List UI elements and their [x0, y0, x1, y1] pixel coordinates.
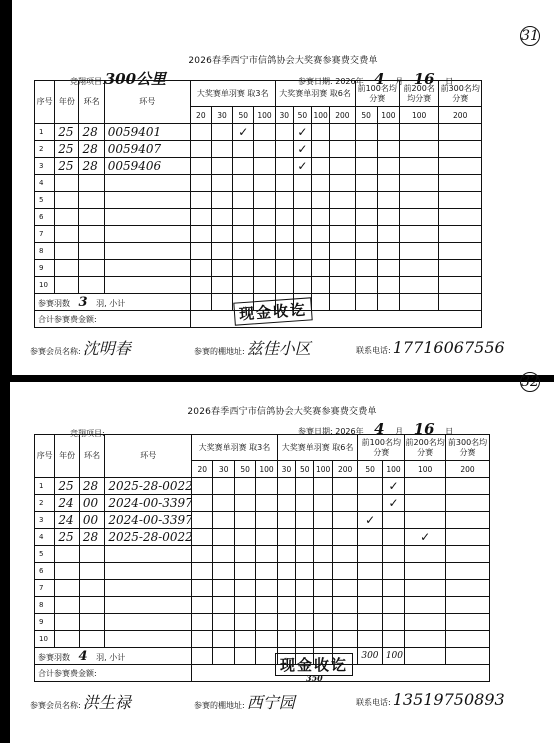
table-row: 6 — [35, 563, 490, 580]
entry-cell — [332, 631, 358, 648]
entry-cell — [314, 597, 332, 614]
form-title: 2026春季西宁市信鸽协会大奖赛参赛费交费单 — [10, 404, 554, 417]
entry-cell — [211, 158, 232, 175]
entry-cell — [355, 226, 377, 243]
entry-cell — [211, 141, 232, 158]
entry-cell — [377, 277, 399, 294]
entry-cell — [332, 495, 358, 512]
entry-cell — [446, 495, 490, 512]
header-group-top300: 前300名均分赛 — [439, 81, 482, 107]
entry-cell — [330, 124, 355, 141]
table-row: 125282025-28-0022975✓ — [35, 478, 490, 495]
entry-cell — [213, 478, 234, 495]
entry-cell — [211, 175, 232, 192]
sub-header: 30 — [277, 461, 295, 478]
ring-number — [105, 631, 192, 648]
sub-header: 20 — [190, 107, 211, 124]
entry-cell — [314, 614, 332, 631]
entry-cell — [296, 631, 314, 648]
member-label: 参赛会员名称: — [30, 347, 81, 356]
entry-cell — [213, 563, 234, 580]
ring-year: 25 — [55, 141, 79, 158]
entry-cell — [332, 546, 358, 563]
ring-number — [104, 260, 190, 277]
entry-cell — [275, 124, 293, 141]
entry-cell — [399, 175, 438, 192]
entry-cell — [330, 158, 355, 175]
fee-table: 序号 年份 环名 环号 大奖赛单羽赛 取3名 大奖赛单羽赛 取6名 前100名均… — [34, 80, 482, 328]
entry-cell — [190, 243, 211, 260]
entry-cell — [358, 478, 382, 495]
ring-region — [79, 243, 104, 260]
ring-region — [79, 563, 105, 580]
entry-cell — [296, 597, 314, 614]
entry-cell — [377, 226, 399, 243]
sub-header: 100 — [314, 461, 332, 478]
header-group-top100: 前100名均分赛 — [358, 435, 405, 461]
entry-cell — [256, 495, 277, 512]
entry-cell — [399, 209, 438, 226]
sub-header: 200 — [439, 107, 482, 124]
row-index: 8 — [35, 597, 55, 614]
ring-number: 2025-28-0022975 — [105, 478, 192, 495]
count-label: 参赛羽数 — [38, 299, 70, 308]
entry-cell — [377, 260, 399, 277]
header-seq: 序号 — [35, 81, 55, 124]
sub-header: 100 — [405, 461, 446, 478]
entry-cell — [254, 141, 275, 158]
row-index: 4 — [35, 175, 55, 192]
entry-cell — [355, 124, 377, 141]
loft-row: 参赛的棚地址:西宁园 — [194, 690, 295, 713]
ring-number — [104, 209, 190, 226]
entry-cell — [192, 631, 213, 648]
entry-cell — [355, 209, 377, 226]
entry-cell — [439, 141, 482, 158]
entry-cell — [296, 546, 314, 563]
ring-region — [79, 226, 104, 243]
row-index: 9 — [35, 260, 55, 277]
ring-region: 00 — [79, 512, 105, 529]
ring-region — [79, 614, 105, 631]
entry-cell — [275, 277, 293, 294]
entry-cell — [277, 546, 295, 563]
entry-cell — [275, 226, 293, 243]
header-ring: 环号 — [104, 81, 190, 124]
row-index: 7 — [35, 580, 55, 597]
entry-cell — [233, 158, 254, 175]
entry-cell — [355, 260, 377, 277]
entry-cell — [355, 158, 377, 175]
ring-year — [55, 192, 79, 209]
ring-number — [105, 614, 192, 631]
entry-cell — [213, 580, 234, 597]
entry-cell — [439, 277, 482, 294]
entry-cell — [233, 277, 254, 294]
ring-number: 0059407 — [104, 141, 190, 158]
table-row: 425282025-28-0022990✓ — [35, 529, 490, 546]
ring-year — [55, 277, 79, 294]
ring-year — [55, 260, 79, 277]
ring-region — [79, 209, 104, 226]
ring-year — [55, 563, 79, 580]
entry-cell — [312, 192, 330, 209]
entry-cell — [256, 597, 277, 614]
entry-cell — [377, 158, 399, 175]
entry-cell — [192, 512, 213, 529]
entry-cell — [312, 124, 330, 141]
entry-cell — [234, 563, 255, 580]
entry-cell — [190, 260, 211, 277]
entry-cell — [358, 529, 382, 546]
entry-cell — [233, 209, 254, 226]
entry-cell — [213, 529, 234, 546]
entry-cell — [446, 512, 490, 529]
phone-row: 联系电话:17716067556 — [356, 338, 505, 357]
entry-cell — [275, 209, 293, 226]
ring-number: 0059406 — [104, 158, 190, 175]
row-index: 5 — [35, 192, 55, 209]
sub-header: 200 — [332, 461, 358, 478]
row-index: 3 — [35, 158, 55, 175]
ring-year — [55, 614, 79, 631]
entry-cell — [234, 512, 255, 529]
table-row: 324002024-00-339767✓ — [35, 512, 490, 529]
entry-cell — [234, 597, 255, 614]
entry-cell — [190, 141, 211, 158]
row-index: 2 — [35, 495, 55, 512]
entry-cell — [293, 260, 311, 277]
sub-header: 30 — [211, 107, 232, 124]
ring-number — [104, 243, 190, 260]
phone-row: 联系电话:13519750893 — [356, 690, 505, 709]
sub-header: 100 — [382, 461, 404, 478]
loft-row: 参赛的棚地址:兹佳小区 — [194, 336, 311, 359]
sub-header: 50 — [293, 107, 311, 124]
entry-cell — [277, 529, 295, 546]
row-index: 5 — [35, 546, 55, 563]
ring-year: 25 — [55, 124, 79, 141]
ring-region — [79, 192, 104, 209]
ring-region — [79, 580, 105, 597]
entry-cell — [233, 260, 254, 277]
entry-cell — [439, 124, 482, 141]
ring-region: 28 — [79, 529, 105, 546]
entry-cell — [211, 260, 232, 277]
entry-cell — [405, 546, 446, 563]
entry-cell — [190, 209, 211, 226]
entry-cell — [211, 209, 232, 226]
entry-cell — [211, 192, 232, 209]
entry-cell — [312, 226, 330, 243]
ring-number — [105, 563, 192, 580]
header-year: 年份 — [55, 435, 79, 478]
checkmark-icon: ✓ — [382, 495, 404, 512]
count-suffix: 羽, 小计 — [96, 653, 125, 662]
ring-number: 2025-28-0022990 — [105, 529, 192, 546]
entry-cell — [405, 580, 446, 597]
entry-cell — [382, 597, 404, 614]
entry-cell — [332, 597, 358, 614]
header-group-top300: 前300名均分赛 — [446, 435, 490, 461]
entry-cell — [256, 580, 277, 597]
entry-cell — [332, 563, 358, 580]
checkmark-icon: ✓ — [358, 512, 382, 529]
header-group-top200: 前200名均分赛 — [405, 435, 446, 461]
entry-cell — [439, 175, 482, 192]
entry-cell — [256, 478, 277, 495]
entry-cell — [405, 478, 446, 495]
row-index: 7 — [35, 226, 55, 243]
entry-cell — [382, 546, 404, 563]
entry-cell — [213, 614, 234, 631]
entry-cell — [233, 141, 254, 158]
entry-cell — [358, 580, 382, 597]
count-suffix: 羽, 小计 — [96, 299, 125, 308]
entry-cell — [314, 495, 332, 512]
entry-cell — [399, 158, 438, 175]
entry-cell — [296, 563, 314, 580]
ring-year — [55, 226, 79, 243]
entry-cell — [377, 209, 399, 226]
row-index: 6 — [35, 209, 55, 226]
entry-cell — [213, 495, 234, 512]
entry-cell — [277, 580, 295, 597]
entry-cell — [330, 141, 355, 158]
ring-region — [79, 546, 105, 563]
entry-cell — [399, 243, 438, 260]
count-row: 参赛羽数 3 羽, 小计 — [35, 294, 191, 311]
checkmark-icon: ✓ — [233, 124, 254, 141]
entry-cell — [405, 597, 446, 614]
sub-header: 50 — [296, 461, 314, 478]
ring-number: 2024-00-339766 — [105, 495, 192, 512]
entry-cell — [314, 546, 332, 563]
header-group-top6: 大奖赛单羽赛 取6名 — [275, 81, 355, 107]
entry-cell — [190, 277, 211, 294]
header-group-top6: 大奖赛单羽赛 取6名 — [277, 435, 358, 461]
entry-cell — [330, 192, 355, 209]
entry-cell — [190, 175, 211, 192]
entry-cell — [399, 124, 438, 141]
entry-cell — [314, 529, 332, 546]
entry-cell — [213, 546, 234, 563]
entry-cell — [377, 243, 399, 260]
sub-header: 30 — [275, 107, 293, 124]
table-row: 125280059401✓✓ — [35, 124, 482, 141]
ring-number — [104, 192, 190, 209]
loft-value: 西宁园 — [247, 693, 295, 712]
header-group-top200: 前200名均分赛 — [399, 81, 438, 107]
entry-cell — [377, 192, 399, 209]
entry-cell — [192, 563, 213, 580]
entry-cell — [312, 260, 330, 277]
ring-region — [79, 260, 104, 277]
entry-cell — [296, 580, 314, 597]
entry-cell — [234, 495, 255, 512]
entry-cell — [275, 243, 293, 260]
entry-cell — [312, 243, 330, 260]
ring-year: 24 — [55, 495, 79, 512]
sub-header: 100 — [312, 107, 330, 124]
member-row: 参赛会员名称:沈明春 — [30, 336, 131, 359]
entry-cell — [382, 614, 404, 631]
ring-year — [55, 631, 79, 648]
table-row: 7 — [35, 580, 490, 597]
entry-cell — [254, 260, 275, 277]
ring-region — [79, 597, 105, 614]
sub-header: 100 — [399, 107, 438, 124]
entry-cell — [293, 243, 311, 260]
entry-cell — [254, 226, 275, 243]
entry-cell — [332, 478, 358, 495]
total-label: 合计参赛费金额: — [35, 665, 192, 682]
entry-cell — [234, 478, 255, 495]
entry-cell — [332, 529, 358, 546]
table-row: 5 — [35, 546, 490, 563]
table-row: 10 — [35, 277, 482, 294]
checkmark-icon: ✓ — [382, 478, 404, 495]
entry-cell — [314, 478, 332, 495]
sub-header: 50 — [233, 107, 254, 124]
entry-cell — [254, 192, 275, 209]
entry-cell — [399, 226, 438, 243]
header-group-top3: 大奖赛单羽赛 取3名 — [190, 81, 275, 107]
entry-cell — [446, 529, 490, 546]
entry-cell — [277, 614, 295, 631]
row-index: 10 — [35, 631, 55, 648]
phone-label: 联系电话: — [356, 698, 391, 707]
ring-region — [79, 175, 104, 192]
ring-year — [55, 209, 79, 226]
entry-cell — [439, 192, 482, 209]
table-row: 325280059406✓ — [35, 158, 482, 175]
entry-cell — [256, 529, 277, 546]
ring-year — [55, 243, 79, 260]
entry-cell — [293, 277, 311, 294]
entry-cell — [377, 175, 399, 192]
table-body: 125280059401✓✓225280059407✓325280059406✓… — [35, 124, 482, 294]
table-row: 6 — [35, 209, 482, 226]
table-row: 8 — [35, 597, 490, 614]
count-row: 参赛羽数 4 羽, 小计 — [35, 648, 192, 665]
entry-cell — [275, 175, 293, 192]
entry-cell — [275, 141, 293, 158]
entry-cell — [211, 243, 232, 260]
ring-number: 2024-00-339767 — [105, 512, 192, 529]
entry-cell — [439, 209, 482, 226]
entry-cell — [254, 158, 275, 175]
ring-year: 25 — [55, 529, 79, 546]
entry-cell — [312, 277, 330, 294]
entry-cell — [330, 175, 355, 192]
row-index: 3 — [35, 512, 55, 529]
entry-cell — [277, 631, 295, 648]
entry-cell — [330, 243, 355, 260]
ring-region: 28 — [79, 124, 104, 141]
entry-cell — [192, 614, 213, 631]
subtotal-value: 300 — [358, 648, 382, 665]
entry-cell — [190, 192, 211, 209]
table-row: 9 — [35, 260, 482, 277]
entry-cell — [277, 495, 295, 512]
ring-number — [104, 226, 190, 243]
header-group-top3: 大奖赛单羽赛 取3名 — [192, 435, 278, 461]
subtotal-value: 100 — [382, 648, 404, 665]
table-row: 4 — [35, 175, 482, 192]
entry-cell — [358, 597, 382, 614]
ring-region: 00 — [79, 495, 105, 512]
entry-cell — [439, 243, 482, 260]
ring-year: 24 — [55, 512, 79, 529]
ring-number: 0059401 — [104, 124, 190, 141]
entry-cell — [330, 260, 355, 277]
entry-cell — [190, 226, 211, 243]
entry-cell — [234, 529, 255, 546]
entry-cell — [382, 529, 404, 546]
stamp-note: 350 — [306, 673, 323, 683]
entry-cell — [312, 175, 330, 192]
entry-cell — [190, 158, 211, 175]
ring-region: 28 — [79, 141, 104, 158]
entry-cell — [254, 209, 275, 226]
count-value: 3 — [79, 295, 88, 310]
header-region: 环名 — [79, 435, 105, 478]
entry-cell — [256, 546, 277, 563]
header-region: 环名 — [79, 81, 104, 124]
entry-cell — [296, 614, 314, 631]
table-row: 225280059407✓ — [35, 141, 482, 158]
table-row: 224002024-00-339766✓ — [35, 495, 490, 512]
entry-cell — [293, 209, 311, 226]
ring-year — [55, 597, 79, 614]
entry-cell — [277, 512, 295, 529]
row-index: 2 — [35, 141, 55, 158]
entry-cell — [446, 546, 490, 563]
entry-cell — [254, 277, 275, 294]
entry-cell — [233, 175, 254, 192]
sub-header: 200 — [446, 461, 490, 478]
sub-header: 20 — [192, 461, 213, 478]
checkmark-icon: ✓ — [405, 529, 446, 546]
table-row: 8 — [35, 243, 482, 260]
entry-cell — [330, 277, 355, 294]
entry-cell — [293, 192, 311, 209]
row-index: 1 — [35, 478, 55, 495]
entry-cell — [446, 614, 490, 631]
entry-cell — [399, 277, 438, 294]
ring-year — [55, 580, 79, 597]
entry-cell — [446, 580, 490, 597]
row-index: 1 — [35, 124, 55, 141]
table-row: 5 — [35, 192, 482, 209]
entry-cell — [405, 512, 446, 529]
entry-cell — [256, 563, 277, 580]
entry-cell — [446, 563, 490, 580]
entry-cell — [190, 124, 211, 141]
entry-cell — [192, 546, 213, 563]
page-mark: 32 — [520, 372, 540, 392]
entry-cell — [192, 495, 213, 512]
entry-cell — [234, 614, 255, 631]
entry-cell — [293, 175, 311, 192]
entry-cell — [314, 580, 332, 597]
entry-cell — [256, 512, 277, 529]
entry-cell — [296, 495, 314, 512]
entry-cell — [446, 597, 490, 614]
ring-year: 25 — [55, 478, 79, 495]
row-index: 10 — [35, 277, 55, 294]
